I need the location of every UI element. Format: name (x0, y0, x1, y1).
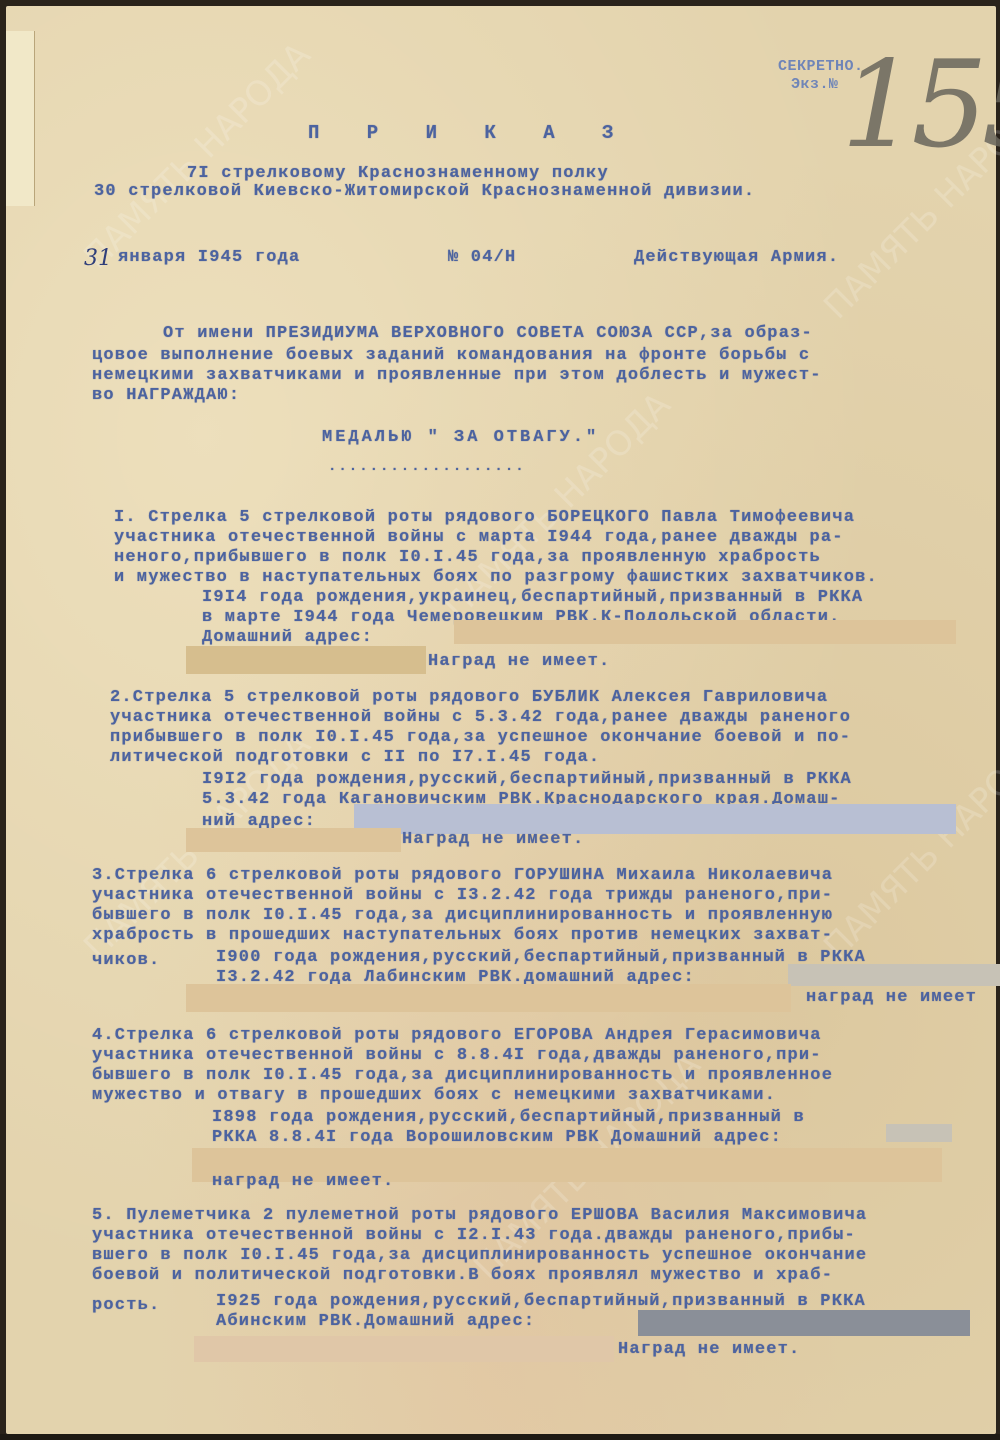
watermark: ПАМЯТЬ НАРОДА (816, 725, 1000, 967)
entry-line: рость. (92, 1296, 160, 1315)
redaction (638, 1310, 970, 1336)
entry-line: вшего в полк I0.I.45 года,за дисциплинир… (92, 1246, 867, 1265)
watermark: ПАМЯТЬ НАРОДА (76, 35, 318, 277)
entry-line: литической подготовки с II по I7.I.45 го… (110, 748, 600, 767)
entry-closing: Наград не имеет. (618, 1340, 800, 1359)
entry-line: и мужество в наступательных боях по разг… (114, 568, 878, 587)
entry-line: храбрость в прошедших наступательных боя… (92, 926, 833, 945)
entry-line: неного,прибывшего в полк I0.I.45 года,за… (114, 548, 821, 567)
order-number: № 04/Н (448, 248, 516, 267)
entry-line: участника отечественной войны с 8.8.4I г… (92, 1046, 822, 1065)
archive-number: 155 (841, 36, 1000, 175)
bio-line: I9I2 года рождения,русский,беспартийный,… (202, 770, 852, 789)
entry-line: 4.Стрелка 6 стрелковой роты рядового ЕГО… (92, 1026, 822, 1045)
entry-closing: наград не имеет (806, 988, 977, 1007)
entry-line: прибывшего в полк I0.I.45 года,за успешн… (110, 728, 851, 747)
bio-line: Абинским РВК.Домашний адрес: (216, 1312, 535, 1331)
redaction (454, 620, 956, 644)
redaction (886, 1124, 952, 1142)
date: января I945 года (118, 248, 300, 267)
paper-tab (6, 31, 35, 206)
entry-line: бывшего в полк I0.I.45 года,за дисциплин… (92, 1066, 833, 1085)
redaction (788, 964, 1000, 986)
bio-line: РККА 8.8.4I года Ворошиловским РВК Домаш… (212, 1128, 782, 1147)
preamble-line: От имени ПРЕЗИДИУМА ВЕРХОВНОГО СОВЕТА СО… (106, 324, 813, 343)
preamble-line: цовое выполнение боевых заданий командов… (92, 346, 810, 365)
entry-line: бывшего в полк I0.I.45 года,за дисциплин… (92, 906, 833, 925)
bio-line: I925 года рождения,русский,беспартийный,… (216, 1292, 866, 1311)
award-name: МЕДАЛЬЮ " ЗА ОТВАГУ." (322, 428, 599, 447)
redaction (194, 1336, 614, 1362)
entry-line: 2.Стрелка 5 стрелковой роты рядового БУБ… (110, 688, 828, 707)
bio-line: I9I4 года рождения,украинец,беспартийный… (202, 588, 863, 607)
entry-line: 5. Пулеметчика 2 пулеметной роты рядовог… (92, 1206, 867, 1225)
bio-line: Домашний адрес: (202, 628, 373, 647)
entry-closing: Наград не имеет. (402, 830, 584, 849)
scan-edge (0, 1434, 1000, 1440)
entry-closing: наград не имеет. (212, 1172, 394, 1191)
document-sheet: ПАМЯТЬ НАРОДА ПАМЯТЬ НАРОДА ПАМЯТЬ НАРОД… (6, 6, 996, 1434)
entry-line: I. Стрелка 5 стрелковой роты рядового БО… (114, 508, 855, 527)
redaction (186, 828, 401, 852)
preamble-line: во НАГРАЖДАЮ: (92, 386, 240, 405)
header-line-1: 7I стрелковому Краснознаменному полку (187, 164, 609, 183)
header-line-2: 30 стрелковой Киевско-Житомирской Красно… (94, 182, 755, 201)
entry-line: чиков. (92, 951, 160, 970)
bio-line: I898 года рождения,русский,беспартийный,… (212, 1108, 805, 1127)
entry-line: участника отечественной войны с I3.2.42 … (92, 886, 833, 905)
entry-line: боевой и политической подготовки.В боях … (92, 1266, 833, 1285)
bio-line: I900 года рождения,русский,беспартийный,… (216, 948, 866, 967)
entry-line: 3.Стрелка 6 стрелковой роты рядового ГОР… (92, 866, 833, 885)
entry-closing: Наград не имеет. (428, 652, 610, 671)
entry-line: участника отечественной войны с 5.3.42 г… (110, 708, 851, 727)
award-underline: ................... (328, 458, 526, 477)
handwritten-day: 31 (84, 246, 112, 271)
redaction (186, 646, 426, 674)
preamble-line: немецкими захватчиками и проявленные при… (92, 366, 822, 385)
place: Действующая Армия. (634, 248, 839, 267)
copy-stamp: Экз.№ (791, 76, 839, 93)
redaction (186, 984, 791, 1012)
entry-line: мужество и отвагу в прошедших боях с нем… (92, 1086, 776, 1105)
document-title: П Р И К А З (308, 124, 631, 143)
entry-line: участника отечественной войны с марта I9… (114, 528, 844, 547)
entry-line: участника отечественной войны с I2.I.43 … (92, 1226, 856, 1245)
